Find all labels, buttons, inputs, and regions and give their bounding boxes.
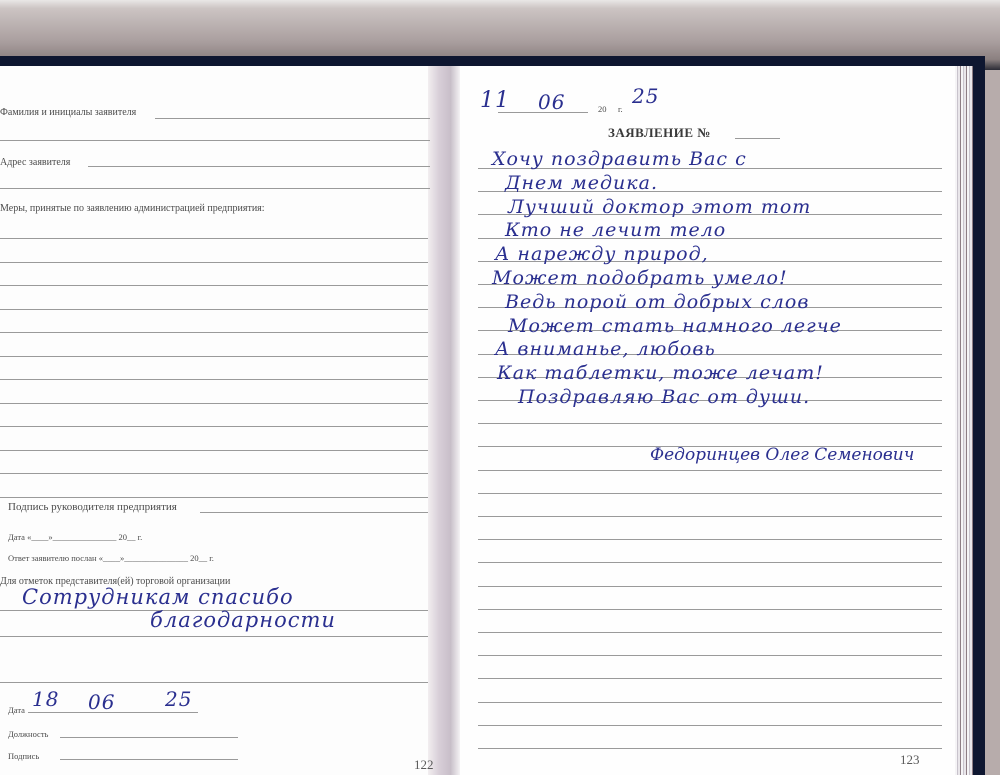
handwritten-date-month: 06 (538, 90, 565, 114)
page-number-right: 123 (900, 752, 920, 768)
applicant-address-line-2 (0, 188, 430, 189)
ruled-line (478, 609, 942, 610)
page-edges (955, 66, 973, 775)
applicant-name-line-2 (0, 140, 430, 141)
ruled-line (0, 403, 428, 404)
left-gutter-shadow (428, 66, 450, 775)
handwritten-date-year: 25 (632, 84, 659, 108)
ruled-line (478, 748, 942, 749)
ruled-line (478, 586, 942, 587)
applicant-name-line (155, 118, 430, 119)
handwritten-line: Хочу поздравить Вас с (492, 148, 747, 170)
date-year-suffix: г. (618, 104, 623, 114)
manager-signature-line (200, 512, 428, 513)
ruled-line (0, 379, 428, 380)
applicant-name-label: Фамилия и инициалы заявителя (0, 107, 136, 118)
ruled-line (0, 332, 428, 333)
handwritten-line: А нарежду природ, (495, 243, 709, 265)
ruled-line (478, 470, 942, 471)
ruled-line (0, 285, 428, 286)
ruled-line (478, 539, 942, 540)
reply-sent-label: Ответ заявителю послан «____»___________… (8, 553, 214, 563)
ruled-line (478, 562, 942, 563)
date2-label: Дата (8, 705, 25, 715)
ruled-line (478, 725, 942, 726)
ruled-line (478, 655, 942, 656)
handwritten-signature: Федоринцев Олег Семенович (650, 445, 914, 465)
handwritten-trade-org-note-2: благодарности (150, 608, 336, 632)
ruled-line (0, 262, 428, 263)
ruled-line (0, 309, 428, 310)
ruled-line (0, 473, 428, 474)
handwritten-date2-month: 06 (88, 690, 115, 714)
trade-org-line-3 (0, 682, 428, 683)
ruled-line (478, 702, 942, 703)
ruled-line (478, 678, 942, 679)
ruled-line (0, 356, 428, 357)
manager-signature-label: Подпись руководителя предприятия (8, 501, 177, 513)
applicant-address-label: Адрес заявителя (0, 157, 70, 168)
measures-label: Меры, принятые по заявлению администраци… (0, 203, 265, 214)
applicant-address-line (88, 166, 430, 167)
ruled-line (0, 497, 428, 498)
date-label: Дата «____»_______________ 20__ г. (8, 532, 142, 542)
handwritten-line: Как таблетки, тоже лечат! (497, 362, 824, 384)
ruled-line (0, 238, 428, 239)
handwritten-line: Может подобрать умело! (492, 267, 788, 289)
handwritten-trade-org-note-1: Сотрудникам спасибо (22, 585, 294, 609)
ruled-line (0, 450, 428, 451)
signature-label: Подпись (8, 751, 39, 761)
handwritten-date2-year: 25 (165, 687, 192, 711)
left-page (0, 66, 440, 775)
ruled-line (478, 632, 942, 633)
date-template: 20 (598, 104, 607, 114)
ruled-line (478, 423, 942, 424)
handwritten-line: А вниманье, любовь (495, 338, 716, 360)
right-gutter-shadow (450, 66, 460, 775)
handwritten-date-day: 11 (480, 88, 510, 113)
handwritten-line: Может стать намного легче (508, 315, 842, 337)
statement-number-line (735, 138, 780, 139)
ruled-line (478, 493, 942, 494)
ruled-line (0, 426, 428, 427)
handwritten-line: Днем медика. (505, 172, 658, 194)
page-number-left: 122 (414, 757, 434, 773)
handwritten-line: Поздравляю Вас от души. (518, 386, 810, 408)
position-line (60, 737, 238, 738)
handwritten-line: Кто не лечит тело (505, 219, 726, 241)
ruled-line (478, 516, 942, 517)
statement-title: ЗАЯВЛЕНИЕ № (608, 125, 711, 141)
position-label: Должность (8, 729, 48, 739)
handwritten-date2-day: 18 (32, 687, 59, 711)
trade-org-line-2 (0, 636, 428, 637)
handwritten-line: Ведь порой от добрых слов (505, 291, 809, 313)
signature-line (60, 759, 238, 760)
handwritten-line: Лучший доктор этот тот (508, 196, 811, 218)
